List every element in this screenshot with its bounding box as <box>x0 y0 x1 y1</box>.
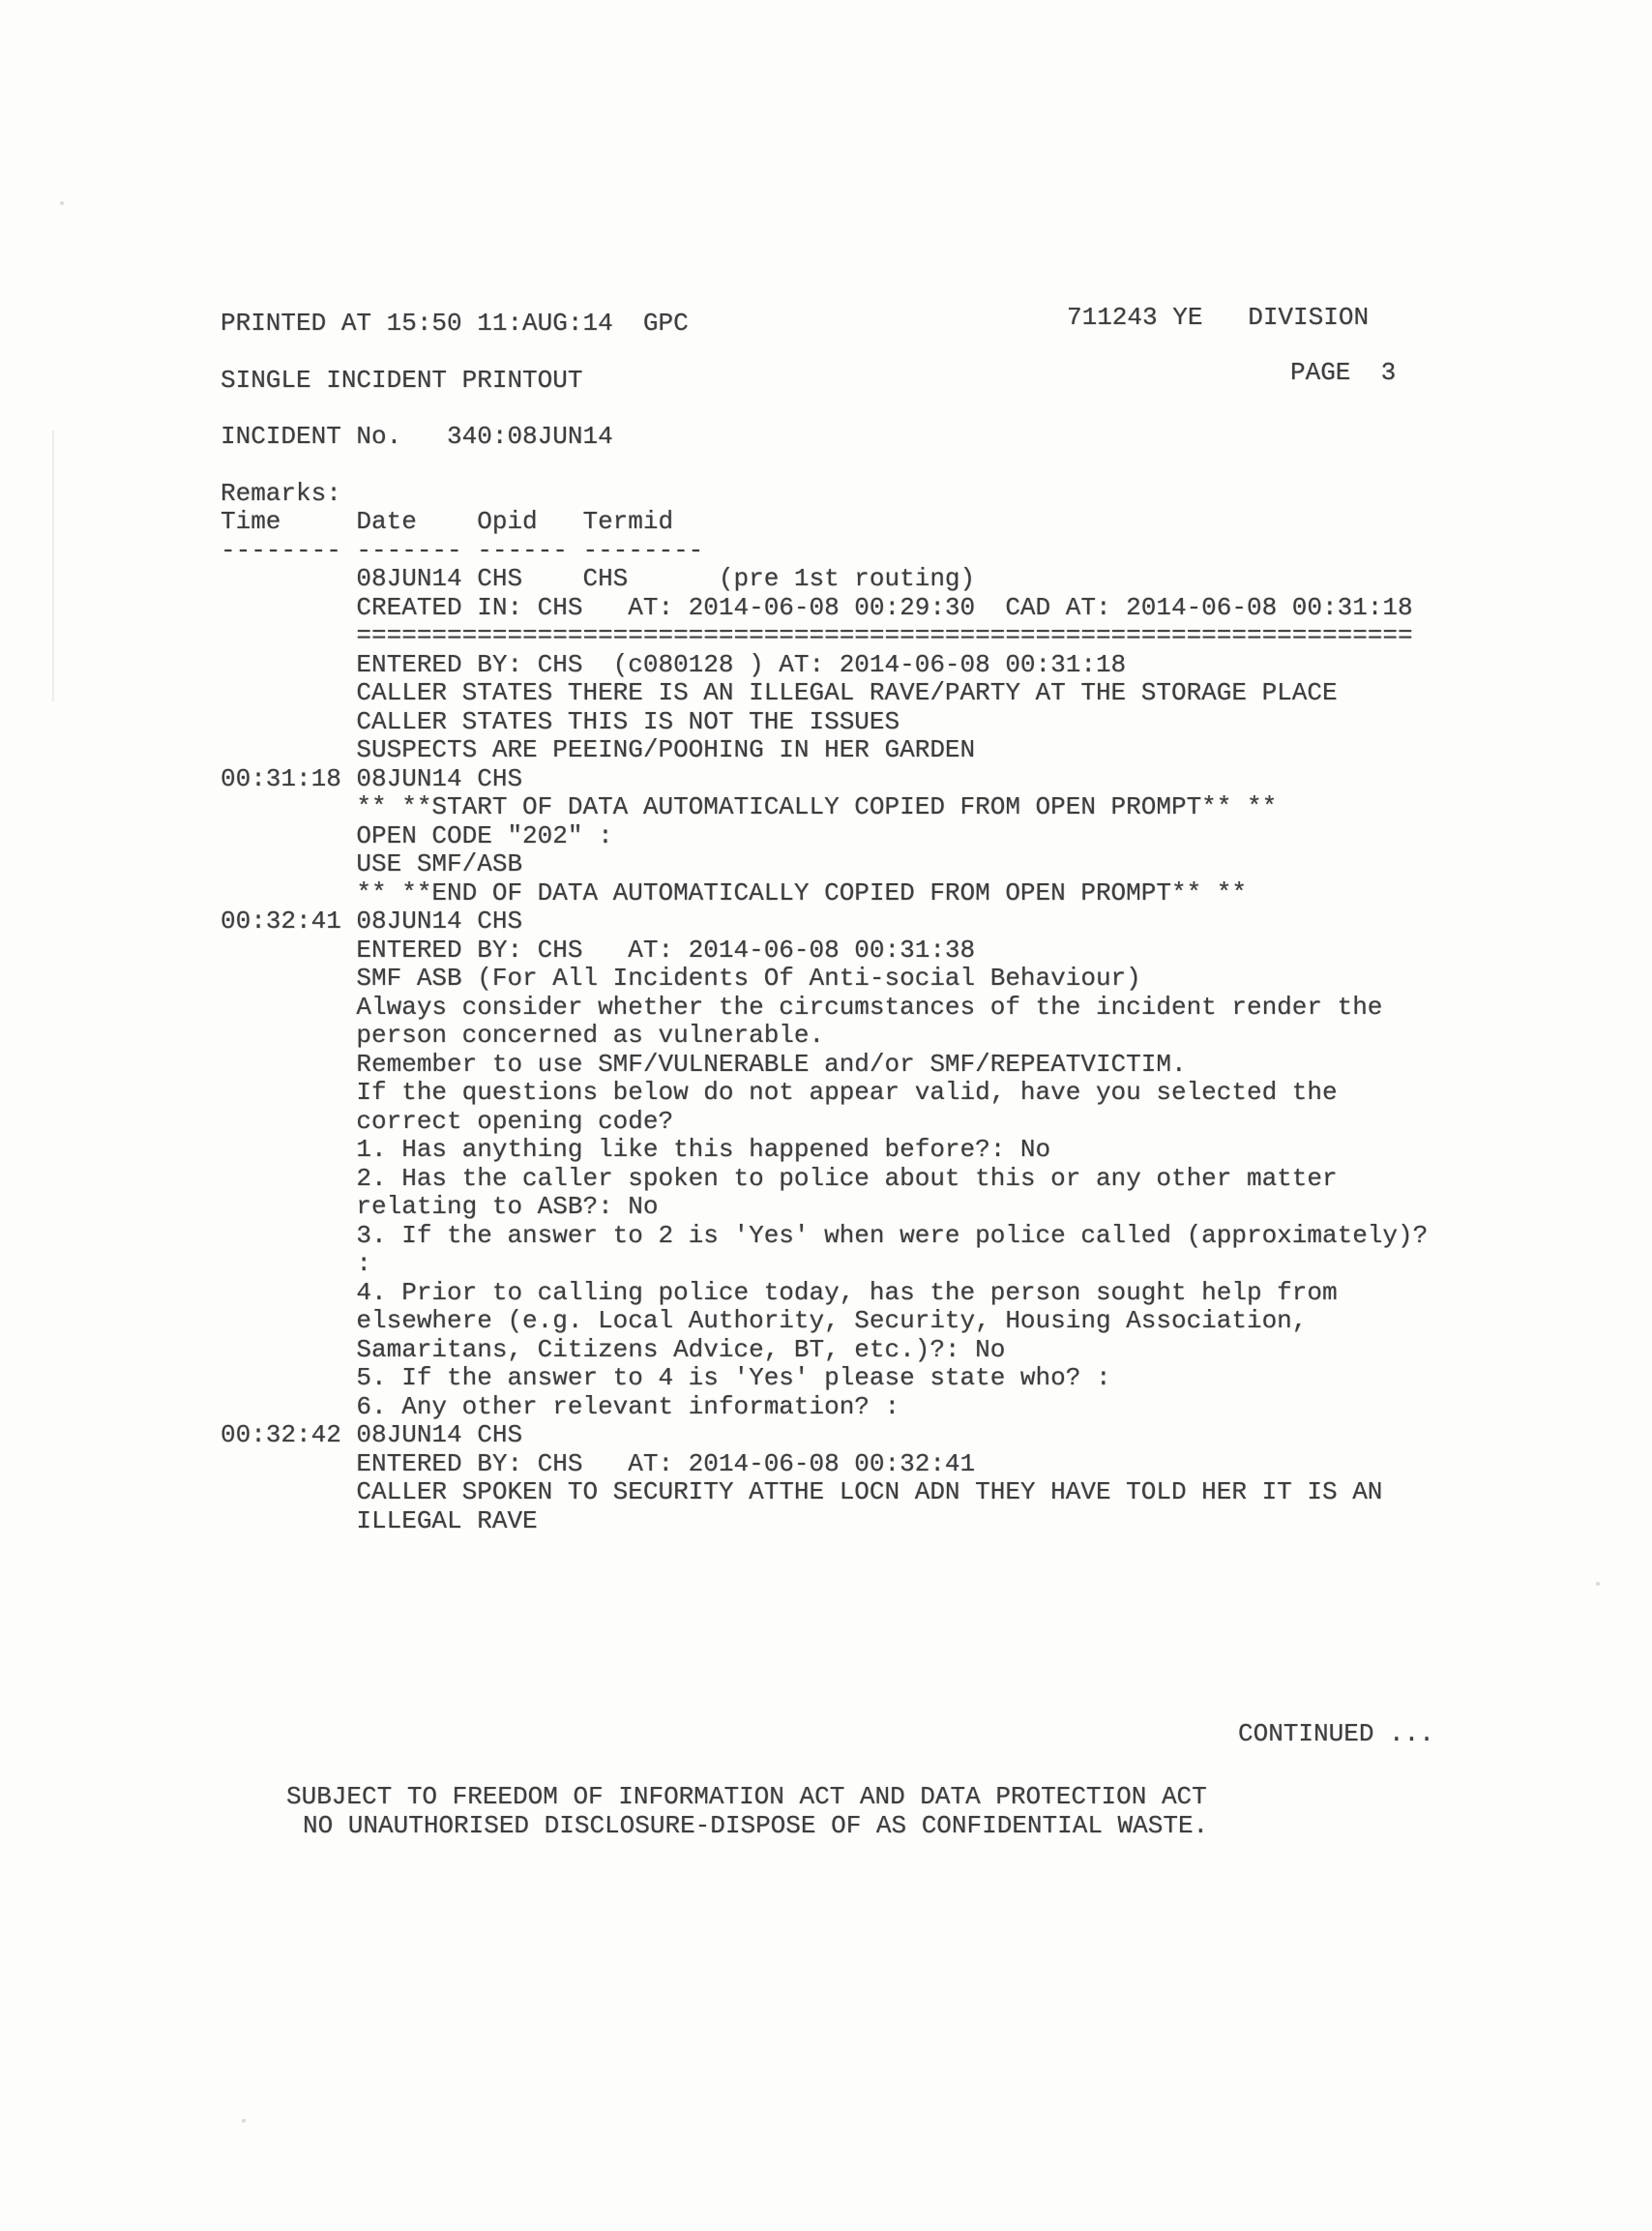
remarks-label: Remarks: <box>221 480 341 509</box>
scan-artifact-streak <box>52 431 54 701</box>
printout-title: SINGLE INCIDENT PRINTOUT <box>221 367 582 396</box>
scan-artifact-speck <box>242 2119 246 2123</box>
continued-note: CONTINUED ... <box>1238 1720 1434 1749</box>
printed-at-line: PRINTED AT 15:50 11:AUG:14 GPC <box>221 310 689 339</box>
remarks-log: Time Date Opid Termid -------- ------- -… <box>221 508 1428 1535</box>
page-number: PAGE 3 <box>1290 359 1396 388</box>
scanned-page: PRINTED AT 15:50 11:AUG:14 GPC 711243 YE… <box>0 0 1652 2231</box>
incident-number: INCIDENT No. 340:08JUN14 <box>221 423 613 452</box>
foi-footer-line2: NO UNAUTHORISED DISCLOSURE-DISPOSE OF AS… <box>303 1812 1208 1841</box>
division-ref: 711243 YE DIVISION <box>1067 304 1369 333</box>
scan-artifact-speck <box>60 201 64 205</box>
scan-artifact-speck <box>1596 1582 1600 1586</box>
foi-footer-line1: SUBJECT TO FREEDOM OF INFORMATION ACT AN… <box>286 1783 1207 1812</box>
